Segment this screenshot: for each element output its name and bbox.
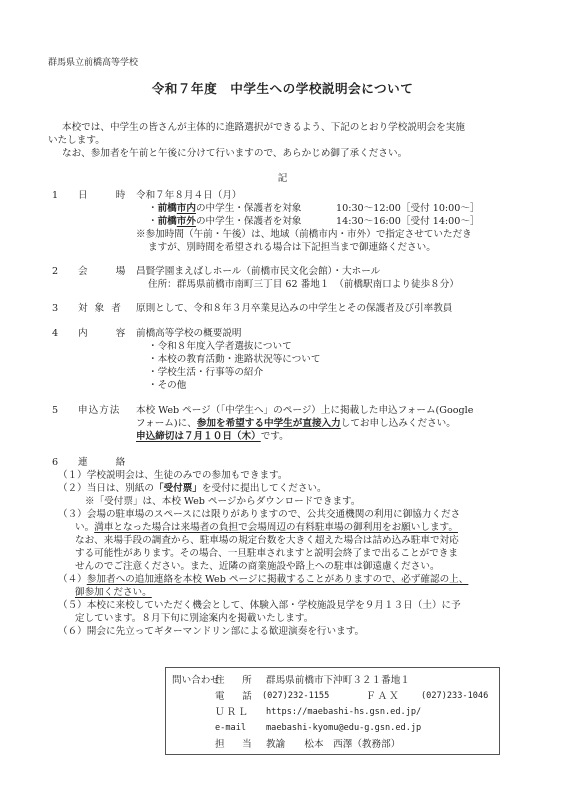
section-number: 4 [52,327,58,340]
notice-2: （２）当日は、別紙の「受付票」を受付に提出してください。 [58,482,327,495]
section-label: 日 時 [78,189,128,202]
url-link[interactable]: https://maebashi-hs.gsn.ed.jp/ [266,706,421,719]
application-line1: 本校 Web ページ（「中学生へ」のページ）上に掲載した申込フォーム(Googl… [136,404,473,417]
content-item: ・本校の教育活動・進路状況等について [148,353,321,366]
email-label: e-mail [215,722,246,735]
venue-address: 住所：群馬県前橋市南町三丁目 62 番地１ （前橋駅南口より徒歩８分） [148,278,459,291]
notice-3-line1: （３）会場の駐車場のスペースには限りがありますので、公共交通機関の利用に御協力く… [58,508,460,521]
content-item: ・学校生活・行事等の紹介 [148,366,263,379]
staff-label: 担 当 [215,738,256,751]
fax-label: ＦＡＸ [366,690,401,703]
intro-text-line3: なお、参加者を午前と午後に分けて行いますので、あらかじめ御了承ください。 [62,147,407,160]
session-pm: ・前橋市外の中学生・保護者を対象 [148,215,302,228]
notice-3-line2: い。満車となった場合は来場者の負担で会場周辺の有料駐車場の御利用をお願いします。 [75,521,458,534]
notice-3-line3: なお、来場手段の調査から、駐車場の規定台数を大きく超えた場合は詰め込み駐車で対応 [75,534,459,547]
notice-5-line2: 定しています。８月下旬に別途案内を掲載いたします。 [75,612,313,625]
application-deadline: 申込締切は７月１０日（木）です。 [136,430,289,443]
phone-label: 電 話 [215,690,256,703]
event-date: 令和７年８月４日（月） [136,189,242,202]
emph-city-outside: 市外 [177,216,196,227]
notice-3-line4: する可能性があります。その場合、一旦駐車されますと説明会終了まで出ることができま [75,547,458,560]
section-label: 対 象 者 [78,302,123,315]
ki-marker: 記 [0,172,565,185]
notice-3-line5: せんのでご注意ください。また、近隣の商業施設や路上への駐車は御遠慮ください。 [75,560,440,573]
target-text: 原則として、令和８年３月卒業見込みの中学生とその保護者及び引率教員 [136,302,452,315]
notice-6: （６）開会に先立ってギターマンドリン部による歓迎演奏を行います。 [58,625,364,638]
address-label: 住 所 [215,674,256,687]
section-number: 3 [52,302,58,315]
notice-2-note: ※「受付票」は、本校 Web ページからダウンロードできます。 [85,495,360,508]
notice-1: （１）学校説明会は、生徒のみでの参加もできます。 [58,469,287,482]
contact-heading: 問い合わせ [172,674,220,687]
section-label: 申込方法 [78,404,120,417]
notice-4-line2: 御参加ください。 [75,586,152,599]
emph-direct-input: 参加を希望する中学生が直接入力 [197,418,341,429]
email-link[interactable]: maebashi-kyomu@edu-g.gsn.ed.jp [266,722,421,735]
notice-5-line1: （５）本校に来校していただく機会として、体験入部・学校施設見学を９月１３日（土）… [58,599,461,612]
datetime-note-line2: ますが、別時間を希望される場合は下記担当まで御連絡ください。 [148,241,436,254]
fax-value: (027)233-1046 [421,690,488,703]
phone-value: (027)232-1155 [262,690,329,703]
session-am-time: 10:30～12:00［受付 10:00～］ [336,202,480,215]
emph-parking: 満車となった場合は来場者の負担で会場周辺の有料駐車場の御利用をお願いします。 [94,522,458,533]
session-pm-time: 14:30～16:00［受付 14:00～］ [336,215,480,228]
application-line2: フォーム)に、参加を希望する中学生が直接入力してお申し込みください。 [136,417,456,430]
session-am: ・前橋市内の中学生・保護者を対象 [148,202,302,215]
section-number: 1 [52,189,58,202]
datetime-note-line1: ※参加時間（午前・午後）は、地域（前橋市内・市外）で指定させていただき [136,228,472,241]
contact-box: 問い合わせ 住 所 群馬県前橋市下沖町３２１番地１ 電 話 (027)232-1… [165,667,500,755]
emph-reception-slip: 「受付票」 [154,483,202,494]
venue-name: 昌賢学園まえばしホール（前橋市民文化会館）・大ホール [136,265,380,278]
section-label: 内 容 [78,327,128,340]
intro-text-line1: 本校では、中学生の皆さんが主体的に進路選択ができるよう、下記のとおり学校説明会を… [62,121,465,134]
content-item: ・その他 [148,379,186,392]
section-number: 2 [52,265,58,278]
url-label: ＵＲＬ [215,706,250,719]
intro-text-line2: いたします。 [48,134,105,147]
emph-city-inside: 市内 [177,203,196,214]
emph-deadline: 申込締切は７月１０日（木） [136,431,261,442]
content-text: 前橋高等学校の概要説明 [136,327,242,340]
notice-4-line1: （４）参加者への追加連絡を本校 Web ページに掲載することがありますので、必ず… [58,573,468,586]
section-label: 会 場 [78,265,128,278]
staff-value: 教諭 松本 西澤（教務部） [266,738,400,751]
content-item: ・令和８年度入学者選抜について [148,340,292,353]
section-label: 連 絡 [78,456,128,469]
school-name: 群馬県立前橋高等学校 [48,57,138,70]
page-title: 令和７年度 中学生への学校説明会について [0,82,565,95]
section-number: 6 [52,456,58,469]
address-value: 群馬県前橋市下沖町３２１番地１ [266,674,410,687]
section-number: 5 [52,404,58,417]
